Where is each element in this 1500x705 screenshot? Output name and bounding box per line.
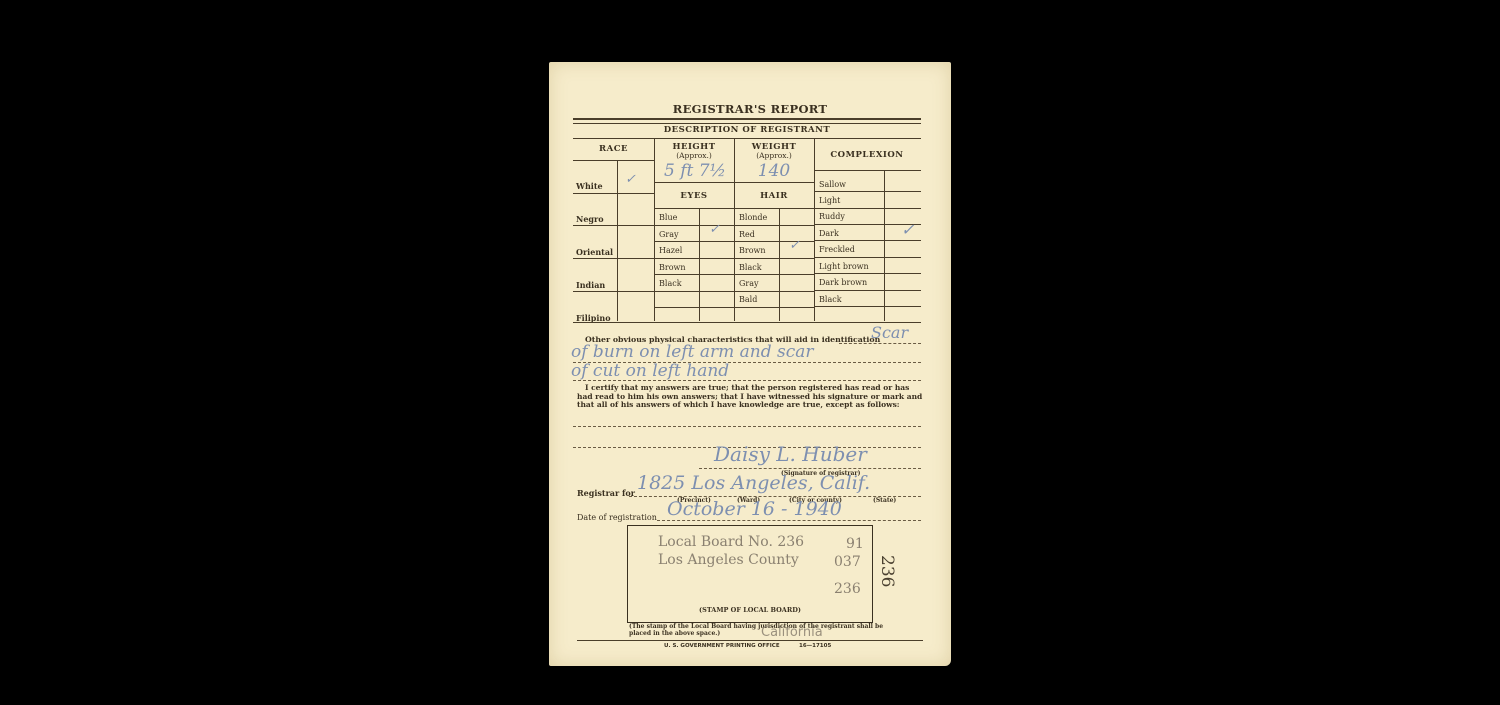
footer-form-number: 16—17105	[799, 643, 831, 649]
hair-header: HAIR	[734, 191, 814, 201]
race-header: RACE	[573, 144, 654, 154]
eyes-blue: Blue	[659, 213, 677, 222]
complexion-light: Light	[819, 196, 840, 205]
stamp-caption: (STAMP OF LOCAL BOARD)	[628, 606, 872, 614]
grid-line	[617, 161, 618, 321]
weight-subheader: (Approx.)	[734, 151, 814, 160]
rule	[654, 208, 814, 209]
certification-text: I certify that my answers are true; that…	[577, 384, 923, 410]
complexion-header: COMPLEXION	[814, 150, 920, 160]
rule	[573, 138, 921, 139]
registration-card: REGISTRAR'S REPORT DESCRIPTION OF REGIST…	[549, 62, 951, 666]
rule	[573, 160, 654, 161]
report-title: REGISTRAR'S REPORT	[549, 102, 951, 116]
complexion-dark-brown: Dark brown	[819, 278, 867, 287]
grid-line	[654, 138, 655, 321]
rule	[573, 258, 654, 259]
rule	[657, 520, 921, 521]
eyes-black: Black	[659, 279, 682, 288]
race-check: ✓	[625, 172, 636, 187]
stamp-line2: Los Angeles County	[658, 552, 799, 568]
weight-value: 140	[739, 161, 809, 181]
height-subheader: (Approx.)	[654, 151, 734, 160]
side-board-number: 236	[877, 555, 897, 595]
stamp-num3: 236	[834, 581, 861, 597]
eyes-hazel: Hazel	[659, 246, 682, 255]
rule	[654, 307, 734, 308]
grid-line	[734, 138, 735, 321]
hair-black: Black	[739, 263, 762, 272]
rule	[814, 170, 921, 171]
rule	[573, 426, 921, 427]
rule	[734, 241, 814, 242]
hair-blonde: Blonde	[739, 213, 767, 222]
hair-brown: Brown	[739, 246, 766, 255]
other-characteristics-line1: Scar	[871, 323, 908, 342]
height-value: 5 ft 7½	[657, 161, 733, 181]
stamp-num1: 91	[846, 536, 864, 552]
footer-printer: U. S. GOVERNMENT PRINTING OFFICE	[664, 643, 780, 649]
grid-line	[884, 170, 885, 321]
section-subtitle: DESCRIPTION OF REGISTRANT	[573, 125, 921, 135]
eyes-gray: Gray	[659, 230, 679, 239]
rule	[734, 225, 814, 226]
complexion-ruddy: Ruddy	[819, 212, 845, 221]
eyes-brown: Brown	[659, 263, 686, 272]
hair-red: Red	[739, 230, 755, 239]
rule	[573, 225, 654, 226]
rule	[814, 191, 921, 192]
rule	[573, 193, 654, 194]
hair-gray: Gray	[739, 279, 759, 288]
hair-check: ✓	[789, 238, 800, 253]
stamp-line1: Local Board No. 236	[658, 534, 804, 550]
complexion-black: Black	[819, 295, 842, 304]
complexion-freckled: Freckled	[819, 245, 855, 254]
grid-line	[814, 138, 815, 321]
state-caption: (State)	[873, 497, 896, 504]
rule	[814, 208, 921, 209]
race-white: White	[576, 181, 603, 191]
complexion-dark: Dark	[819, 229, 839, 238]
rule	[839, 343, 921, 344]
rule	[734, 307, 814, 308]
date-value: October 16 - 1940	[667, 498, 842, 520]
race-oriental: Oriental	[576, 247, 613, 257]
title-rule	[573, 118, 921, 124]
hair-bald: Bald	[739, 295, 757, 304]
rule	[654, 241, 734, 242]
race-negro: Negro	[576, 214, 604, 224]
stamp-note: (The stamp of the Local Board having jur…	[629, 623, 889, 637]
rule	[573, 291, 654, 292]
rule	[699, 468, 921, 469]
eyes-header: EYES	[654, 191, 734, 201]
race-indian: Indian	[576, 280, 605, 290]
rule	[654, 225, 734, 226]
california-overprint: California	[761, 625, 823, 640]
complexion-check: ✓	[901, 220, 914, 239]
rule	[654, 274, 734, 275]
rule	[814, 257, 921, 258]
rule	[654, 182, 814, 183]
rule	[814, 273, 921, 274]
complexion-light-brown: Light brown	[819, 262, 869, 271]
other-characteristics-line2: of burn on left arm and scar	[571, 342, 814, 362]
stamp-num2: 037	[834, 554, 861, 570]
complexion-sallow: Sallow	[819, 180, 846, 189]
rule	[734, 274, 814, 275]
registrar-for-label: Registrar for	[577, 488, 635, 498]
rule	[573, 322, 921, 323]
rule	[734, 258, 814, 259]
date-label: Date of registration	[577, 513, 657, 522]
rule	[734, 291, 814, 292]
registrar-for-value: 1825 Los Angeles, Calif.	[637, 472, 870, 494]
rule	[814, 240, 921, 241]
other-characteristics-line3: of cut on left hand	[571, 361, 729, 381]
footer-rule	[577, 640, 923, 641]
local-board-stamp-box: Local Board No. 236 Los Angeles County 9…	[627, 525, 873, 623]
registrar-signature: Daisy L. Huber	[714, 442, 867, 466]
rule	[814, 306, 921, 307]
rule	[814, 290, 921, 291]
eyes-check: ✓	[709, 222, 720, 237]
rule	[573, 380, 921, 381]
rule	[654, 258, 734, 259]
rule	[654, 291, 734, 292]
